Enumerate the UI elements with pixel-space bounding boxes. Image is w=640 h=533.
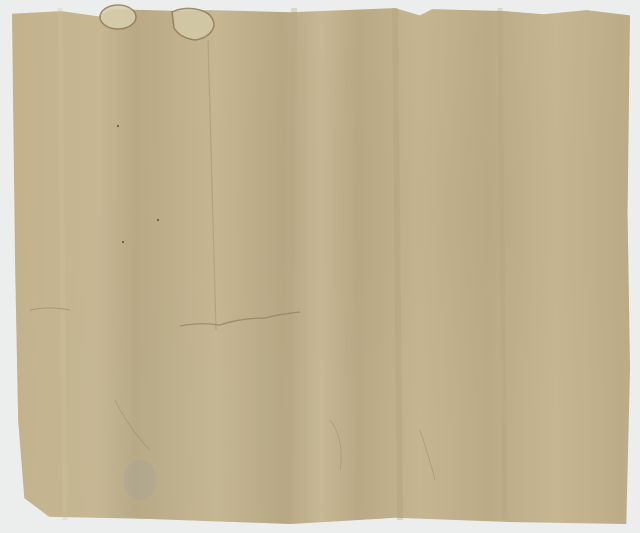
aged-paper-photo — [0, 0, 640, 533]
paper-stains-and-creases — [0, 0, 640, 533]
blue-stain — [124, 460, 156, 500]
water-stain — [100, 5, 136, 29]
water-stain — [172, 8, 214, 40]
